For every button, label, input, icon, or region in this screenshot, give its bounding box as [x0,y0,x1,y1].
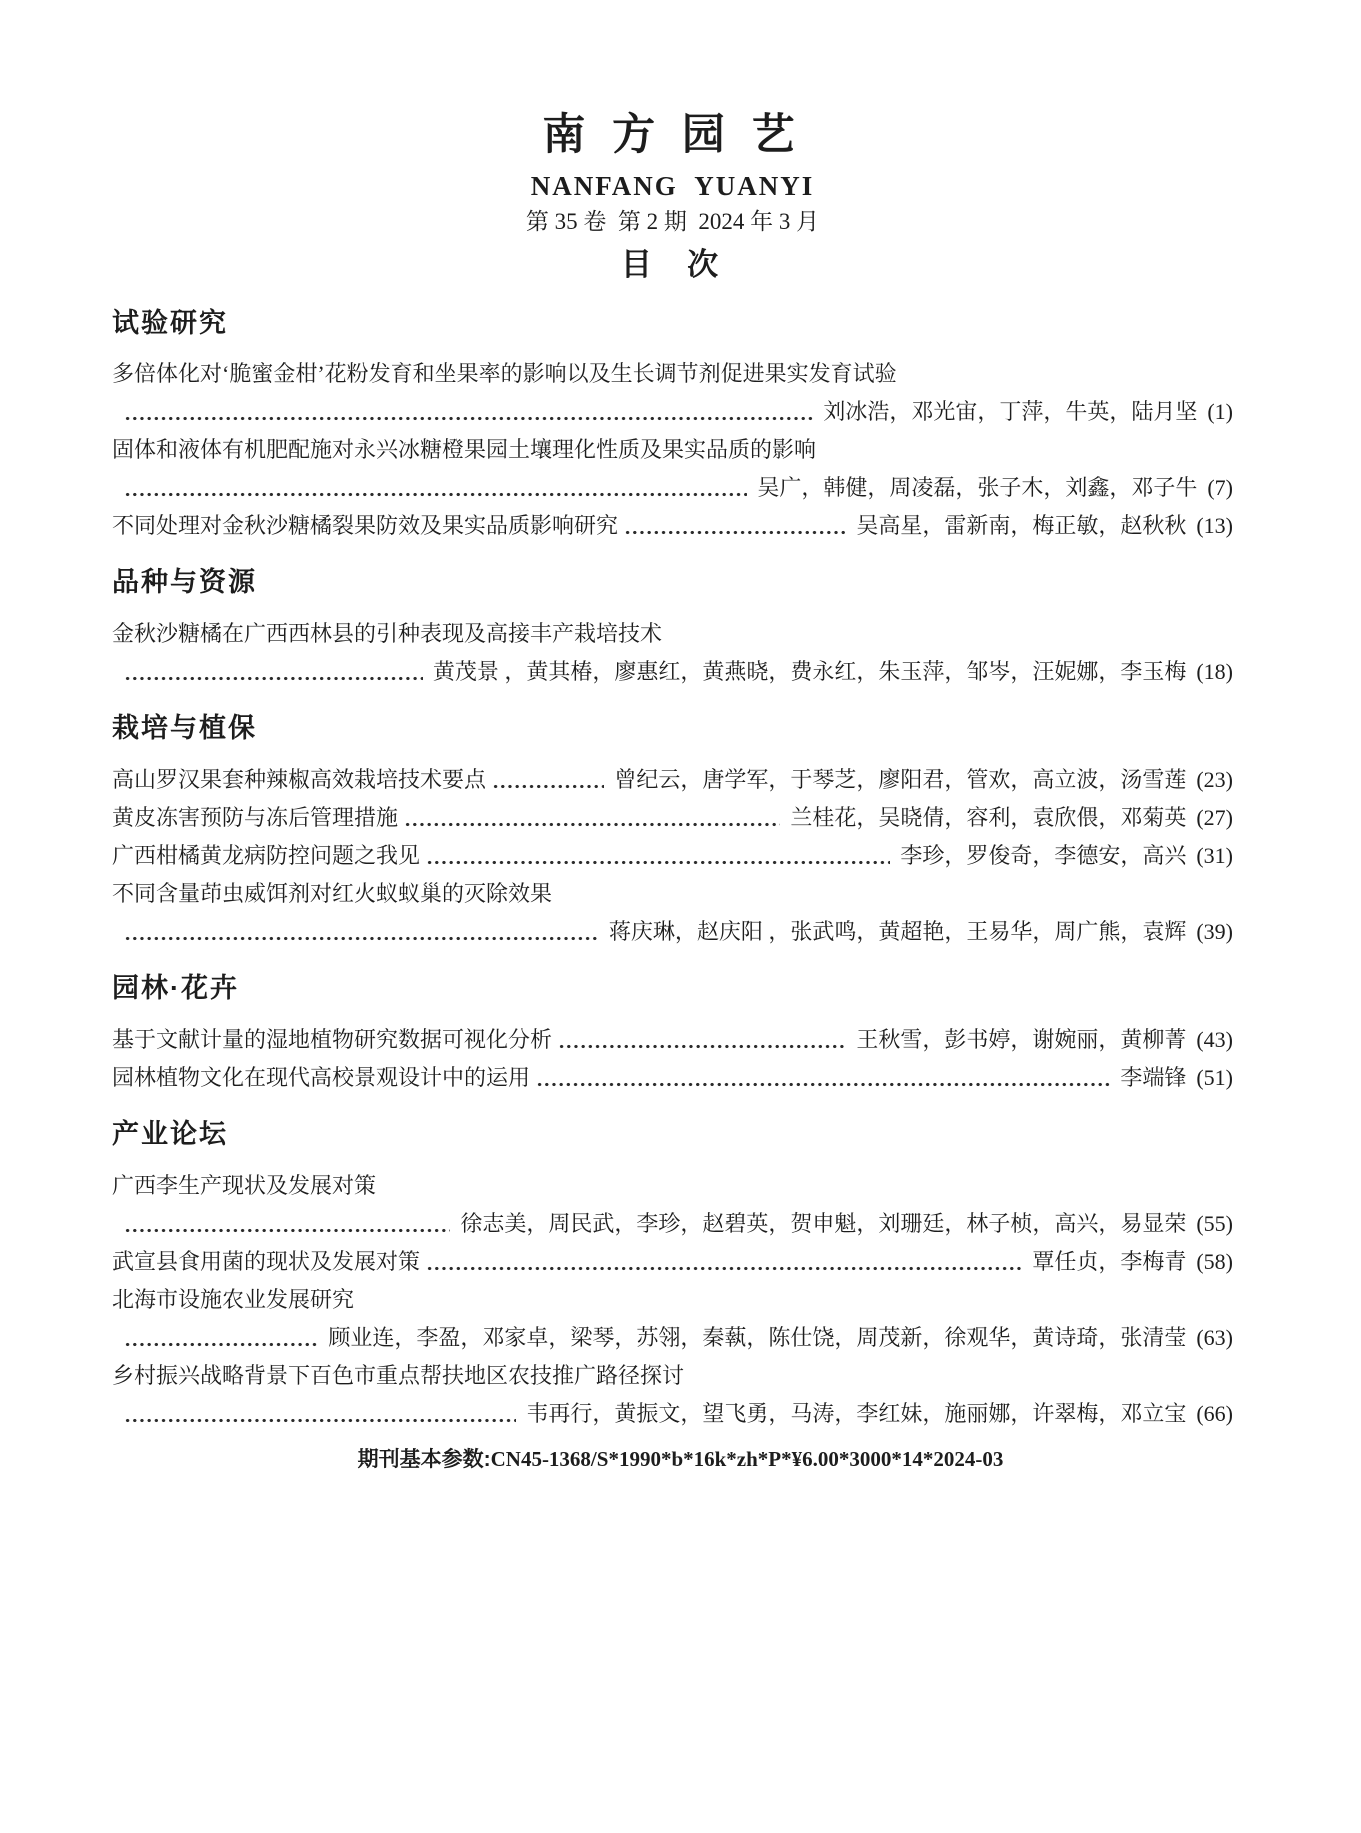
dot-leader [624,530,846,535]
article-authors: 李端锋 [1120,1059,1186,1097]
article-title: 基于文献计量的湿地植物研究数据可视化分析 [112,1021,552,1059]
dot-leader [124,416,813,421]
dot-leader [426,1266,1022,1271]
toc-page: 南 方 园 艺 NANFANG YUANYI 第 35 卷 第 2 期 2024… [0,0,1361,1833]
journal-title-pinyin: NANFANG YUANYI [112,170,1233,204]
toc-entry: 多倍体化对‘脆蜜金柑’花粉发育和坐果率的影响以及生长调节剂促进果实发育试验刘冰浩… [112,355,1233,431]
section-heading: 试验研究 [112,306,1233,342]
article-authors: 徐志美，周民武，李珍，赵碧英，贺申魁，刘珊廷，林子桢，高兴，易显荣 [460,1205,1186,1243]
article-title-line: 多倍体化对‘脆蜜金柑’花粉发育和坐果率的影响以及生长调节剂促进果实发育试验 [112,355,1233,393]
article-authors: 顾业连，李盈，邓家卓，梁琴，苏翎，秦蓻，陈仕饶，周茂新，徐观华，黄诗琦，张清莹 [328,1319,1186,1357]
article-page-number: (18) [1196,653,1233,691]
article-page-number: (13) [1196,507,1233,545]
toc-entry: 黄皮冻害预防与冻后管理措施兰桂花，吴晓倩，容利，袁欣偎，邓菊英(27) [112,799,1233,837]
article-page-number: (7) [1207,469,1233,507]
article-authors: 蒋庆琳，赵庆阳 ，张武鸣，黄超艳，王易华，周广熊，袁辉 [609,913,1187,951]
toc-entry: 广西李生产现状及发展对策徐志美，周民武，李珍，赵碧英，贺申魁，刘珊廷，林子桢，高… [112,1167,1233,1243]
toc-entry-author-line: 高山罗汉果套种辣椒高效栽培技术要点曾纪云，唐学军，于琴芝，廖阳君，管欢，高立波，… [112,761,1233,799]
article-page-number: (51) [1196,1059,1233,1097]
article-title: 武宣县食用菌的现状及发展对策 [112,1243,420,1281]
article-authors: 兰桂花，吴晓倩，容利，袁欣偎，邓菊英 [790,799,1186,837]
toc-title: 目 次 [112,245,1233,285]
toc-entry: 高山罗汉果套种辣椒高效栽培技术要点曾纪云，唐学军，于琴芝，廖阳君，管欢，高立波，… [112,761,1233,799]
toc-entry: 不同含量茚虫威饵剂对红火蚁蚁巢的灭除效果蒋庆琳，赵庆阳 ，张武鸣，黄超艳，王易华… [112,875,1233,951]
toc-entry: 不同处理对金秋沙糖橘裂果防效及果实品质影响研究吴高星，雷新南，梅正敏，赵秋秋(1… [112,507,1233,545]
dot-leader [124,1418,516,1423]
toc-section: 园林·花卉基于文献计量的湿地植物研究数据可视化分析王秋雪，彭书婷，谢婉丽，黄柳菁… [112,971,1233,1097]
article-title-line: 固体和液体有机肥配施对永兴冰糖橙果园土壤理化性质及果实品质的影响 [112,431,1233,469]
article-title: 园林植物文化在现代高校景观设计中的运用 [112,1059,530,1097]
article-authors: 刘冰浩，邓光宙，丁萍，牛英，陆月坚 [823,393,1197,431]
toc-entry-author-line: 基于文献计量的湿地植物研究数据可视化分析王秋雪，彭书婷，谢婉丽，黄柳菁(43) [112,1021,1233,1059]
article-title: 固体和液体有机肥配施对永兴冰糖橙果园土壤理化性质及果实品质的影响 [112,437,816,462]
toc-entry-author-line: 武宣县食用菌的现状及发展对策覃任贞，李梅青(58) [112,1243,1233,1281]
section-heading: 品种与资源 [112,565,1233,601]
toc-entry: 基于文献计量的湿地植物研究数据可视化分析王秋雪，彭书婷，谢婉丽，黄柳菁(43) [112,1021,1233,1059]
toc-entry: 园林植物文化在现代高校景观设计中的运用李端锋(51) [112,1059,1233,1097]
toc-sections: 试验研究多倍体化对‘脆蜜金柑’花粉发育和坐果率的影响以及生长调节剂促进果实发育试… [112,306,1233,1434]
toc-section: 产业论坛广西李生产现状及发展对策徐志美，周民武，李珍，赵碧英，贺申魁，刘珊廷，林… [112,1117,1233,1433]
article-title-line: 乡村振兴战略背景下百色市重点帮扶地区农技推广路径探讨 [112,1357,1233,1395]
dot-leader [426,860,890,865]
toc-entry-author-line: 吴广，韩健，周凌磊，张子木，刘鑫，邓子牛(7) [112,469,1233,507]
section-heading: 园林·花卉 [112,971,1233,1007]
toc-entry: 武宣县食用菌的现状及发展对策覃任贞，李梅青(58) [112,1243,1233,1281]
article-authors: 李珍，罗俊奇，李德安，高兴 [900,837,1186,875]
dot-leader [404,822,780,827]
article-title-line: 金秋沙糖橘在广西西林县的引种表现及高接丰产栽培技术 [112,615,1233,653]
article-page-number: (23) [1196,761,1233,799]
toc-entry-author-line: 刘冰浩，邓光宙，丁萍，牛英，陆月坚(1) [112,393,1233,431]
article-page-number: (58) [1196,1243,1233,1281]
article-title-line: 北海市设施农业发展研究 [112,1281,1233,1319]
journal-parameters: 期刊基本参数:CN45-1368/S*1990*b*16k*zh*P*¥6.00… [0,1446,1361,1473]
article-authors: 吴高星，雷新南，梅正敏，赵秋秋 [856,507,1186,545]
article-title: 不同处理对金秋沙糖橘裂果防效及果实品质影响研究 [112,507,618,545]
toc-entry-author-line: 韦再行，黄振文，望飞勇，马涛，李红妹，施丽娜，许翠梅，邓立宝(66) [112,1395,1233,1433]
article-page-number: (43) [1196,1021,1233,1059]
toc-section: 栽培与植保高山罗汉果套种辣椒高效栽培技术要点曾纪云，唐学军，于琴芝，廖阳君，管欢… [112,711,1233,951]
article-title: 高山罗汉果套种辣椒高效栽培技术要点 [112,761,486,799]
article-title: 乡村振兴战略背景下百色市重点帮扶地区农技推广路径探讨 [112,1363,684,1388]
toc-entry-author-line: 黄皮冻害预防与冻后管理措施兰桂花，吴晓倩，容利，袁欣偎，邓菊英(27) [112,799,1233,837]
article-page-number: (55) [1196,1205,1233,1243]
toc-entry: 乡村振兴战略背景下百色市重点帮扶地区农技推广路径探讨韦再行，黄振文，望飞勇，马涛… [112,1357,1233,1433]
toc-entry-author-line: 徐志美，周民武，李珍，赵碧英，贺申魁，刘珊廷，林子桢，高兴，易显荣(55) [112,1205,1233,1243]
dot-leader [124,492,747,497]
article-title-line: 广西李生产现状及发展对策 [112,1167,1233,1205]
dot-leader [558,1044,846,1049]
toc-entry-author-line: 蒋庆琳，赵庆阳 ，张武鸣，黄超艳，王易华，周广熊，袁辉(39) [112,913,1233,951]
article-authors: 曾纪云，唐学军，于琴芝，廖阳君，管欢，高立波，汤雪莲 [614,761,1186,799]
article-title: 黄皮冻害预防与冻后管理措施 [112,799,398,837]
section-heading: 产业论坛 [112,1117,1233,1153]
toc-entry: 固体和液体有机肥配施对永兴冰糖橙果园土壤理化性质及果实品质的影响吴广，韩健，周凌… [112,431,1233,507]
dot-leader [492,784,604,789]
section-heading: 栽培与植保 [112,711,1233,747]
toc-entry-author-line: 顾业连，李盈，邓家卓，梁琴，苏翎，秦蓻，陈仕饶，周茂新，徐观华，黄诗琦，张清莹(… [112,1319,1233,1357]
article-authors: 吴广，韩健，周凌磊，张子木，刘鑫，邓子牛 [757,469,1197,507]
article-authors: 覃任贞，李梅青 [1032,1243,1186,1281]
article-page-number: (1) [1207,393,1233,431]
article-page-number: (63) [1196,1319,1233,1357]
article-title: 北海市设施农业发展研究 [112,1287,354,1312]
journal-header: 南 方 园 艺 NANFANG YUANYI 第 35 卷 第 2 期 2024… [112,110,1233,286]
toc-entry: 金秋沙糖橘在广西西林县的引种表现及高接丰产栽培技术黄茂景 ，黄其椿，廖惠红，黄燕… [112,615,1233,691]
issue-info: 第 35 卷 第 2 期 2024 年 3 月 [112,207,1233,237]
article-page-number: (39) [1196,913,1233,951]
dot-leader [124,1342,318,1347]
article-page-number: (27) [1196,799,1233,837]
toc-entry-author-line: 广西柑橘黄龙病防控问题之我见李珍，罗俊奇，李德安，高兴(31) [112,837,1233,875]
article-title: 金秋沙糖橘在广西西林县的引种表现及高接丰产栽培技术 [112,621,662,646]
dot-leader [536,1082,1110,1087]
journal-title: 南 方 园 艺 [112,110,1233,162]
toc-section: 试验研究多倍体化对‘脆蜜金柑’花粉发育和坐果率的影响以及生长调节剂促进果实发育试… [112,306,1233,546]
toc-entry-author-line: 黄茂景 ，黄其椿，廖惠红，黄燕晓，费永红，朱玉萍，邹岑，汪妮娜，李玉梅(18) [112,653,1233,691]
journal-parameters-value: CN45-1368/S*1990*b*16k*zh*P*¥6.00*3000*1… [491,1447,1004,1471]
toc-section: 品种与资源金秋沙糖橘在广西西林县的引种表现及高接丰产栽培技术黄茂景 ，黄其椿，廖… [112,565,1233,691]
dot-leader [124,676,423,681]
article-page-number: (31) [1196,837,1233,875]
article-title: 多倍体化对‘脆蜜金柑’花粉发育和坐果率的影响以及生长调节剂促进果实发育试验 [112,361,897,386]
article-authors: 韦再行，黄振文，望飞勇，马涛，李红妹，施丽娜，许翠梅，邓立宝 [526,1395,1186,1433]
dot-leader [124,936,599,941]
article-authors: 黄茂景 ，黄其椿，廖惠红，黄燕晓，费永红，朱玉萍，邹岑，汪妮娜，李玉梅 [433,653,1187,691]
article-title: 不同含量茚虫威饵剂对红火蚁蚁巢的灭除效果 [112,881,552,906]
dot-leader [124,1228,450,1233]
toc-entry-author-line: 不同处理对金秋沙糖橘裂果防效及果实品质影响研究吴高星，雷新南，梅正敏，赵秋秋(1… [112,507,1233,545]
toc-entry: 广西柑橘黄龙病防控问题之我见李珍，罗俊奇，李德安，高兴(31) [112,837,1233,875]
toc-entry: 北海市设施农业发展研究顾业连，李盈，邓家卓，梁琴，苏翎，秦蓻，陈仕饶，周茂新，徐… [112,1281,1233,1357]
article-title: 广西李生产现状及发展对策 [112,1173,376,1198]
journal-parameters-label: 期刊基本参数: [358,1448,491,1471]
article-title-line: 不同含量茚虫威饵剂对红火蚁蚁巢的灭除效果 [112,875,1233,913]
toc-entry-author-line: 园林植物文化在现代高校景观设计中的运用李端锋(51) [112,1059,1233,1097]
article-page-number: (66) [1196,1395,1233,1433]
article-title: 广西柑橘黄龙病防控问题之我见 [112,837,420,875]
article-authors: 王秋雪，彭书婷，谢婉丽，黄柳菁 [856,1021,1186,1059]
